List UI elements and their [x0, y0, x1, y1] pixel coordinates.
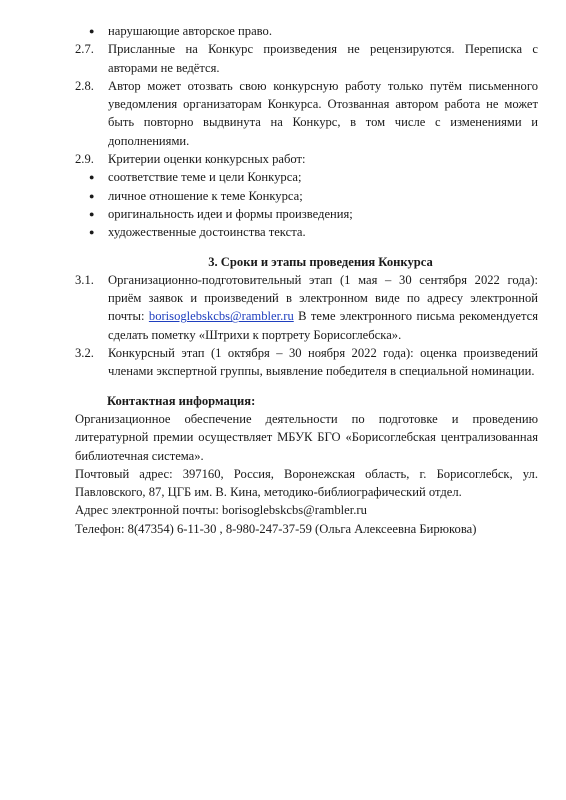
criteria-text: художественные достоинства текста.: [108, 223, 538, 241]
criteria-item: ● оригинальность идеи и формы произведен…: [75, 205, 538, 223]
criteria-text: личное отношение к теме Конкурса;: [108, 187, 538, 205]
contact-phone: Телефон: 8(47354) 6-11-30 , 8-980-247-37…: [75, 520, 538, 538]
clause-text: Конкурсный этап (1 октября – 30 ноября 2…: [108, 344, 538, 381]
contact-heading: Контактная информация:: [75, 392, 538, 410]
clause-number: 2.8.: [75, 77, 108, 150]
clause-3-2: 3.2. Конкурсный этап (1 октября – 30 ноя…: [75, 344, 538, 381]
bullet-text: нарушающие авторское право.: [108, 22, 538, 40]
document-body: ● нарушающие авторское право. 2.7. Присл…: [75, 22, 538, 538]
clause-number: 3.1.: [75, 271, 108, 344]
clause-number: 3.2.: [75, 344, 108, 381]
clause-text: Организационно-подготовительный этап (1 …: [108, 271, 538, 344]
clause-text: Автор может отозвать свою конкурсную раб…: [108, 77, 538, 150]
contact-email: Адрес электронной почты: borisoglebskcbs…: [75, 501, 538, 519]
bullet-icon: ●: [75, 168, 108, 186]
clause-number: 2.9.: [75, 150, 108, 168]
email-link[interactable]: borisoglebskcbs@rambler.ru: [149, 309, 294, 323]
contact-postal-address: Почтовый адрес: 397160, Россия, Воронежс…: [75, 465, 538, 502]
contact-organization: Организационное обеспечение деятельности…: [75, 410, 538, 465]
bullet-icon: ●: [75, 187, 108, 205]
section-heading: 3. Сроки и этапы проведения Конкурса: [75, 253, 538, 271]
clause-number: 2.7.: [75, 40, 108, 77]
bullet-icon: ●: [75, 22, 108, 40]
criteria-text: соответствие теме и цели Конкурса;: [108, 168, 538, 186]
list-item: ● нарушающие авторское право.: [75, 22, 538, 40]
document-page: ● нарушающие авторское право. 2.7. Присл…: [0, 0, 566, 800]
criteria-item: ● личное отношение к теме Конкурса;: [75, 187, 538, 205]
criteria-item: ● соответствие теме и цели Конкурса;: [75, 168, 538, 186]
clause-text: Присланные на Конкурс произведения не ре…: [108, 40, 538, 77]
clause-3-1: 3.1. Организационно-подготовительный эта…: [75, 271, 538, 344]
clause-2-9: 2.9. Критерии оценки конкурсных работ:: [75, 150, 538, 168]
clause-text: Критерии оценки конкурсных работ:: [108, 150, 538, 168]
bullet-icon: ●: [75, 223, 108, 241]
clause-2-7: 2.7. Присланные на Конкурс произведения …: [75, 40, 538, 77]
criteria-item: ● художественные достоинства текста.: [75, 223, 538, 241]
criteria-text: оригинальность идеи и формы произведения…: [108, 205, 538, 223]
bullet-icon: ●: [75, 205, 108, 223]
clause-2-8: 2.8. Автор может отозвать свою конкурсну…: [75, 77, 538, 150]
